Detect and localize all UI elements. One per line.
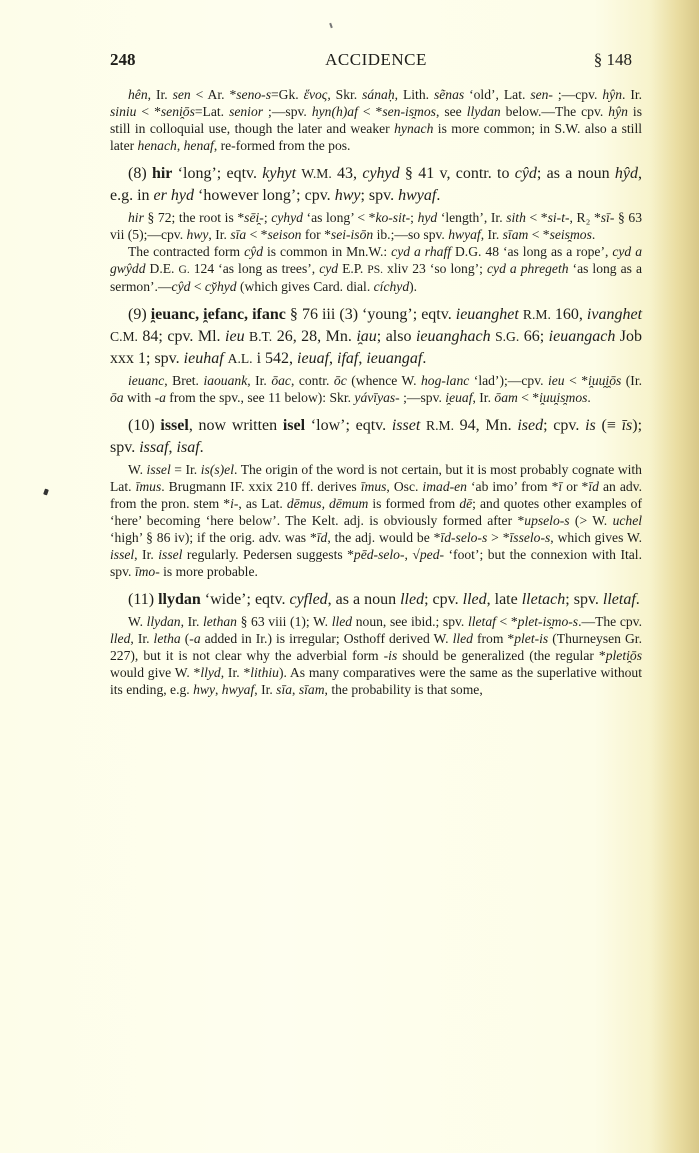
note-hir-2: The contracted form cŷd is common in Mn.… [110, 243, 642, 295]
note-hen: hên, Ir. sen < Ar. *seno-s=Gk. ἕνος, Skr… [110, 86, 642, 154]
entry-8-hir: (8) hir ‘long’; eqtv. kyhyt W.M. 43, cyh… [110, 163, 642, 207]
margin-mark [43, 488, 49, 495]
section-number: § 148 [594, 50, 632, 70]
print-speck [329, 23, 333, 28]
entry-10-issel: (10) issel, now written isel ‘low’; eqtv… [110, 415, 642, 459]
entry-11-llydan: (11) llydan ‘wide’; eqtv. cyfled, as a n… [110, 589, 642, 611]
entry-9-ieuanc: (9) i̯euanc, i̯efanc, ifanc § 76 iii (3)… [110, 304, 642, 370]
note-issel: W. issel = Ir. is(s)el. The origin of th… [110, 461, 642, 580]
page-body: hên, Ir. sen < Ar. *seno-s=Gk. ἕνος, Skr… [110, 86, 642, 698]
running-header: 248 ACCIDENCE § 148 [110, 50, 642, 76]
running-title: ACCIDENCE [110, 50, 642, 70]
note-ieuanc: ieuanc, Bret. iaouank, Ir. ōac, contr. ō… [110, 372, 642, 406]
note-llydan: W. llydan, Ir. lethan § 63 viii (1); W. … [110, 613, 642, 698]
book-page: 248 ACCIDENCE § 148 hên, Ir. sen < Ar. *… [110, 50, 642, 698]
note-hir-1: hir § 72; the root is *sēi̯-; cyhyd ‘as … [110, 209, 642, 243]
